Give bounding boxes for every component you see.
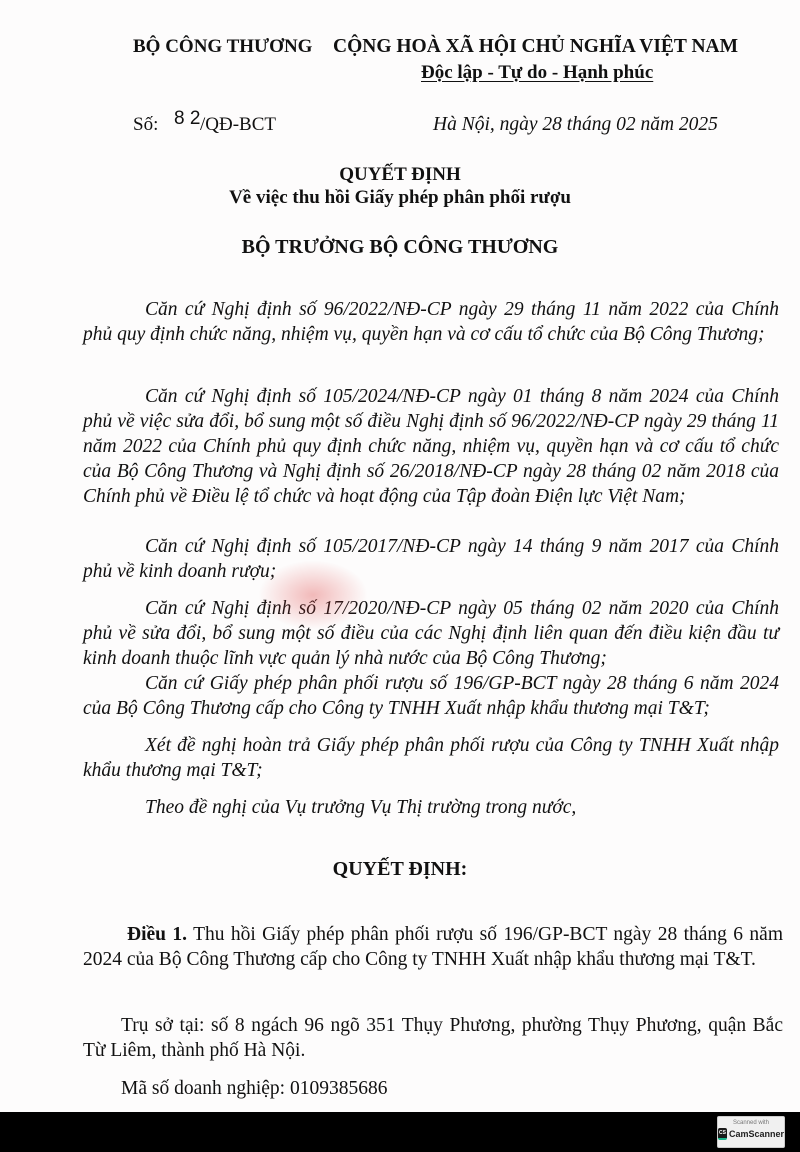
- scanner-footer: Scanned with CSCamScanner: [0, 1112, 800, 1152]
- preamble-item: Căn cứ Nghị định số 17/2020/NĐ-CP ngày 0…: [83, 596, 779, 671]
- place-date: Hà Nội, ngày 28 tháng 02 năm 2025: [433, 114, 718, 136]
- preamble-item: Căn cứ Nghị định số 105/2017/NĐ-CP ngày …: [83, 534, 779, 584]
- document-number-suffix: /QĐ-BCT: [200, 114, 276, 136]
- number-label: Số:: [133, 114, 158, 136]
- watermark-caption: Scanned with: [718, 1119, 784, 1128]
- article-1-address: Trụ sở tại: số 8 ngách 96 ngõ 351 Thụy P…: [83, 1013, 783, 1063]
- preamble-item: Xét đề nghị hoàn trả Giấy phép phân phối…: [83, 733, 779, 783]
- document-subject: Về việc thu hồi Giấy phép phân phối rượu: [0, 187, 800, 209]
- article-1: Điều 1. Thu hồi Giấy phép phân phối rượu…: [83, 922, 783, 972]
- issuing-authority: BỘ TRƯỞNG BỘ CÔNG THƯƠNG: [0, 236, 800, 259]
- camscanner-watermark: Scanned with CSCamScanner: [717, 1116, 785, 1148]
- watermark-brand: CamScanner: [729, 1129, 784, 1139]
- national-motto: Độc lập - Tự do - Hạnh phúc: [421, 62, 653, 84]
- republic-name: CỘNG HOÀ XÃ HỘI CHỦ NGHĨA VIỆT NAM: [333, 36, 738, 58]
- preamble-item: Căn cứ Nghị định số 105/2024/NĐ-CP ngày …: [83, 384, 779, 509]
- document-type-heading: QUYẾT ĐỊNH: [0, 164, 800, 186]
- article-1-tax-code: Mã số doanh nghiệp: 0109385686: [83, 1076, 783, 1101]
- decision-heading: QUYẾT ĐỊNH:: [0, 858, 800, 881]
- document-number: 8 2: [174, 108, 200, 130]
- camscanner-logo-icon: CS: [718, 1128, 727, 1140]
- preamble-item: Căn cứ Nghị định số 96/2022/NĐ-CP ngày 2…: [83, 297, 779, 347]
- document-page: BỘ CÔNG THƯƠNG CỘNG HOÀ XÃ HỘI CHỦ NGHĨA…: [0, 0, 800, 1112]
- preamble-item: Theo đề nghị của Vụ trưởng Vụ Thị trường…: [83, 795, 779, 820]
- preamble-item: Căn cứ Giấy phép phân phối rượu số 196/G…: [83, 671, 779, 721]
- ministry-name: BỘ CÔNG THƯƠNG: [133, 36, 312, 58]
- article-1-label: Điều 1.: [127, 924, 187, 945]
